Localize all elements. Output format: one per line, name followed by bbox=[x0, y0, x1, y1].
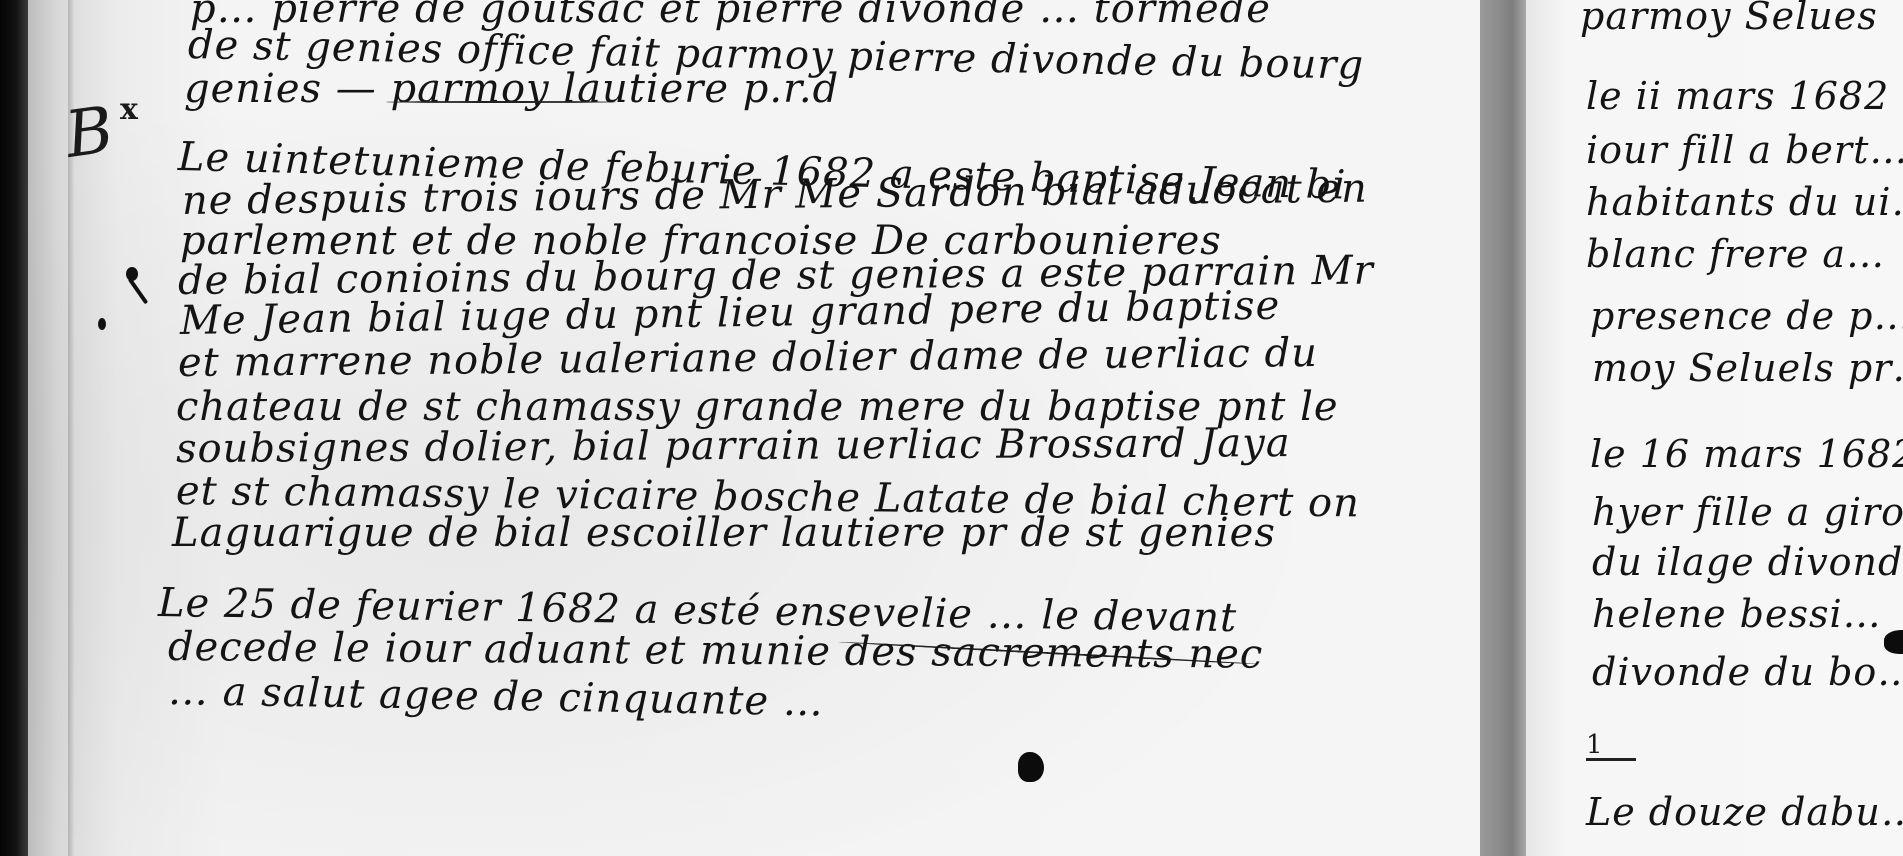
register-line: genies — parmoy lautiere p.r.d bbox=[184, 66, 839, 112]
register-line: le ii mars 1682 bbox=[1586, 74, 1889, 118]
register-line: blanc frere a… bbox=[1586, 232, 1885, 276]
register-line: iour fill a bert… bbox=[1586, 128, 1903, 172]
register-line: et marrene noble ualeriane dolier dame d… bbox=[178, 330, 1318, 386]
register-line: habitants du ui… bbox=[1586, 180, 1903, 224]
book-binding-edge bbox=[0, 0, 28, 856]
register-line: Le douze dabu… bbox=[1586, 790, 1903, 834]
register-line: moy Seluels pr… bbox=[1592, 346, 1903, 390]
margin-cross-mark: x bbox=[120, 92, 138, 127]
register-line: soubsignes dolier, bial parrain uerliac … bbox=[176, 420, 1291, 472]
page-gutter bbox=[1480, 0, 1526, 856]
right-page: parmoy Selues le ii mars 1682 iour fill … bbox=[1526, 0, 1903, 856]
register-line: divonde du bo… bbox=[1592, 650, 1903, 694]
register-line: presence de p… bbox=[1590, 294, 1903, 338]
ink-blot bbox=[1884, 630, 1903, 654]
register-line: du ilage divond… bbox=[1592, 540, 1903, 584]
register-line: helene bessi… bbox=[1592, 592, 1882, 636]
register-line: hyer fille a giro… bbox=[1592, 490, 1903, 534]
register-line: … a salut agee de cinquante … bbox=[168, 668, 825, 725]
register-line: decede le iour aduant et munie des sacre… bbox=[168, 624, 1264, 678]
entry-divider-mark: 1 bbox=[1586, 732, 1636, 761]
margin-baptism-marker: B bbox=[61, 93, 118, 173]
register-line: Laguarigue de bial escoiller lautiere pr… bbox=[172, 510, 1276, 556]
ink-blot bbox=[1018, 752, 1044, 782]
signature-flourish bbox=[386, 101, 616, 103]
margin-ink-stroke bbox=[128, 278, 148, 305]
margin-ink-dot bbox=[98, 318, 106, 330]
register-line: le 16 mars 1682 bbox=[1590, 432, 1903, 476]
register-line: parmoy Selues bbox=[1580, 0, 1878, 38]
left-page: B x p… pierre de goutsac et pierre divon… bbox=[28, 0, 1480, 856]
